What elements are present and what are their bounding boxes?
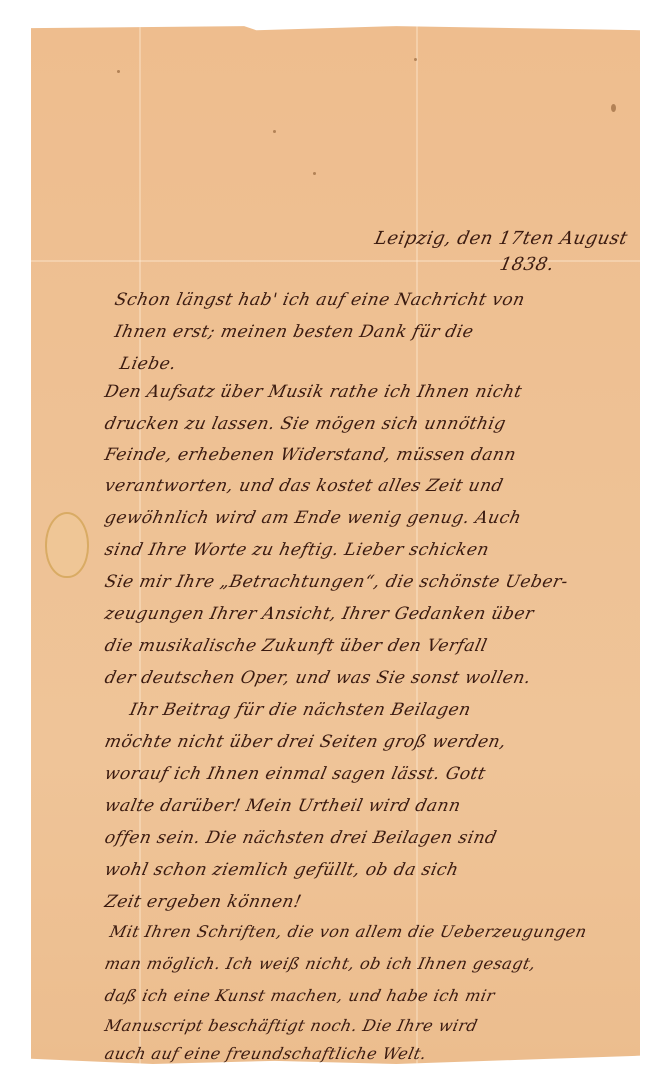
letter-line: gewöhnlich wird am Ende wenig genug. Auc… (103, 508, 523, 528)
letter-line: Feinde, erhebenen Widerstand, müssen dan… (103, 445, 518, 465)
letter-line: zeugungen Ihrer Ansicht, Ihrer Gedanken … (103, 604, 536, 624)
letter-line: Liebe. (118, 354, 178, 374)
letter-line: Manuscript beschäftigt noch. Die Ihre wi… (103, 1016, 480, 1035)
letter-line: walte darüber! Mein Urtheil wird dann (103, 796, 463, 816)
paper-speck (313, 172, 316, 175)
letter-line: daß ich eine Kunst machen, und habe ich … (103, 986, 497, 1005)
letter-line: drucken zu lassen. Sie mögen sich unnöth… (103, 414, 508, 434)
letter-line: die musikalische Zukunft über den Verfal… (103, 636, 489, 656)
letter-line: auch auf eine freundschaftliche Welt. (103, 1044, 429, 1063)
letter-line: verantworten, und das kostet alles Zeit … (103, 476, 505, 496)
water-stain (45, 512, 89, 578)
letter-line: offen sein. Die nächsten drei Beilagen s… (103, 828, 499, 848)
paper-speck (117, 70, 120, 73)
letter-year: 1838. (498, 254, 556, 275)
letter-line: Sie mir Ihre „Betrachtungen“, die schöns… (103, 572, 570, 592)
letter-line: Zeit ergeben können! (103, 892, 304, 912)
letter-line: sind Ihre Worte zu heftig. Lieber schick… (103, 540, 491, 560)
letter-line: Ihr Beitrag für die nächsten Beilagen (128, 700, 473, 720)
paper-speck (414, 58, 417, 61)
letter-line: der deutschen Oper, und was Sie sonst wo… (103, 668, 533, 688)
letter-line: möchte nicht über drei Seiten groß werde… (103, 732, 508, 752)
paper-speck (273, 130, 276, 133)
letter-line: man möglich. Ich weiß nicht, ob ich Ihne… (103, 954, 538, 973)
letter-line: Den Aufsatz über Musik rathe ich Ihnen n… (103, 382, 524, 402)
letter-line: Mit Ihren Schriften, die von allem die U… (108, 922, 589, 941)
letter-line: worauf ich Ihnen einmal sagen lässt. Got… (103, 764, 488, 784)
letter-place-date: Leipzig, den 17ten August (373, 228, 630, 249)
letter-line: Schon längst hab' ich auf eine Nachricht… (113, 290, 527, 310)
letter-line: Ihnen erst; meinen besten Dank für die (113, 322, 476, 342)
paper-speck (611, 104, 616, 112)
letter-line: wohl schon ziemlich gefüllt, ob da sich (103, 860, 461, 880)
